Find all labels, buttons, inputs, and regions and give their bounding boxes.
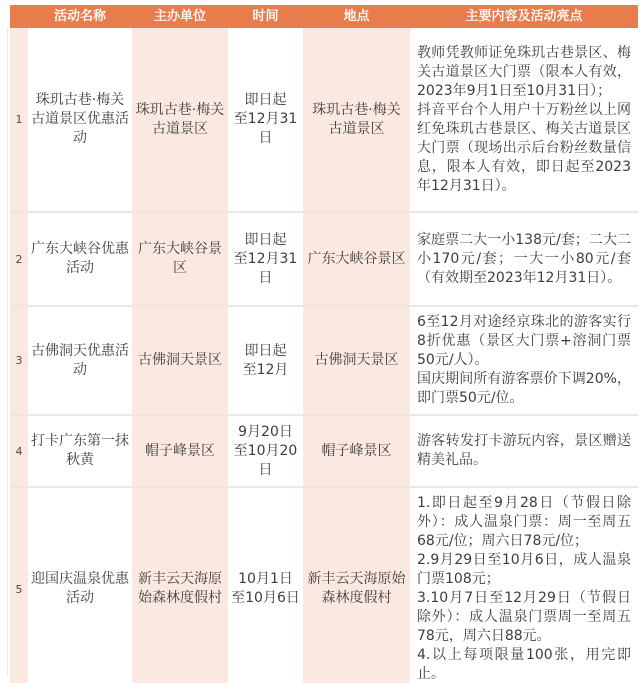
organizer-cell: 帽子峰景区: [132, 416, 228, 486]
header-organizer: 主办单位: [132, 5, 228, 28]
row-number: 4: [10, 416, 28, 486]
location-cell: 新丰云天海原始森林度假村: [303, 488, 410, 683]
location-cell: 珠玑古巷·梅关古道景区: [303, 28, 410, 211]
table-header-row: 活动名称 主办单位 时间 地点 主要内容及活动亮点: [10, 5, 638, 28]
header-time: 时间: [228, 5, 303, 28]
content-text: 教师凭教师证免珠玑古巷景区、梅关古道景区大门票（限本人有效，2023年9月1日至…: [417, 44, 631, 196]
content-text: 1.即日起至9月28日（节假日除外）：成人温泉门票：周一至周五68元/位；周六日…: [417, 494, 631, 683]
time-cell: 即日起 至12月31 日: [228, 213, 303, 305]
activity-name-cell: 迎国庆温泉优惠活动: [28, 488, 132, 683]
location-cell: 古佛洞天景区: [303, 307, 410, 414]
activity-name-cell: 广东大峡谷优惠活动: [28, 213, 132, 305]
content-cell: 游客转发打卡游玩内容，景区赠送精美礼品。: [410, 416, 638, 486]
organizer-cell: 广东大峡谷景区: [132, 213, 228, 305]
organizer-cell: 新丰云天海原始森林度假村: [132, 488, 228, 683]
row-number: 3: [10, 307, 28, 414]
content-cell: 家庭票二大一小138元/套；二大二小170元/套；一大一小80元/套（有效期至2…: [410, 213, 638, 305]
header-location: 地点: [303, 5, 410, 28]
activity-name-cell: 古佛洞天优惠活动: [28, 307, 132, 414]
table-row: 1 珠玑古巷·梅关古道景区优惠活动 珠玑古巷·梅关古道景区 即日起 至12月31…: [10, 28, 638, 211]
time-cell: 即日起 至12月: [228, 307, 303, 414]
time-cell: 即日起 至12月31 日: [228, 28, 303, 211]
content-cell: 6至12月对途经京珠北的游客实行8折优惠（景区大门票+溶洞门票50元/人）。 国…: [410, 307, 638, 414]
header-content: 主要内容及活动亮点: [410, 5, 638, 28]
content-cell: 教师凭教师证免珠玑古巷景区、梅关古道景区大门票（限本人有效，2023年9月1日至…: [410, 28, 638, 211]
content-text: 家庭票二大一小138元/套；二大二小170元/套；一大一小80元/套（有效期至2…: [417, 231, 631, 288]
table-row: 5 迎国庆温泉优惠活动 新丰云天海原始森林度假村 10月1日 至10月6日 新丰…: [10, 486, 638, 683]
time-cell: 9月20日 至10月20 日: [228, 416, 303, 486]
activity-name-cell: 打卡广东第一抹秋黄: [28, 416, 132, 486]
header-activity-name: 活动名称: [28, 5, 132, 28]
time-cell: 10月1日 至10月6日: [228, 488, 303, 683]
location-cell: 帽子峰景区: [303, 416, 410, 486]
table-row: 3 古佛洞天优惠活动 古佛洞天景区 即日起 至12月 古佛洞天景区 6至12月对…: [10, 305, 638, 414]
content-cell: 1.即日起至9月28日（节假日除外）：成人温泉门票：周一至周五68元/位；周六日…: [410, 488, 638, 683]
row-number: 5: [10, 488, 28, 683]
page: 活动名称 主办单位 时间 地点 主要内容及活动亮点 1 珠玑古巷·梅关古道景区优…: [0, 0, 640, 683]
table-row: 2 广东大峡谷优惠活动 广东大峡谷景区 即日起 至12月31 日 广东大峡谷景区…: [10, 211, 638, 305]
content-text: 游客转发打卡游玩内容，景区赠送精美礼品。: [417, 432, 631, 470]
organizer-cell: 珠玑古巷·梅关古道景区: [132, 28, 228, 211]
content-text: 6至12月对途经京珠北的游客实行8折优惠（景区大门票+溶洞门票50元/人）。 国…: [417, 313, 631, 408]
row-number: 2: [10, 213, 28, 305]
row-number: 1: [10, 28, 28, 211]
table-row: 4 打卡广东第一抹秋黄 帽子峰景区 9月20日 至10月20 日 帽子峰景区 游…: [10, 414, 638, 486]
left-border-line: [7, 28, 8, 676]
activity-name-cell: 珠玑古巷·梅关古道景区优惠活动: [28, 28, 132, 211]
activities-table: 活动名称 主办单位 时间 地点 主要内容及活动亮点 1 珠玑古巷·梅关古道景区优…: [10, 5, 638, 683]
organizer-cell: 古佛洞天景区: [132, 307, 228, 414]
location-cell: 广东大峡谷景区: [303, 213, 410, 305]
